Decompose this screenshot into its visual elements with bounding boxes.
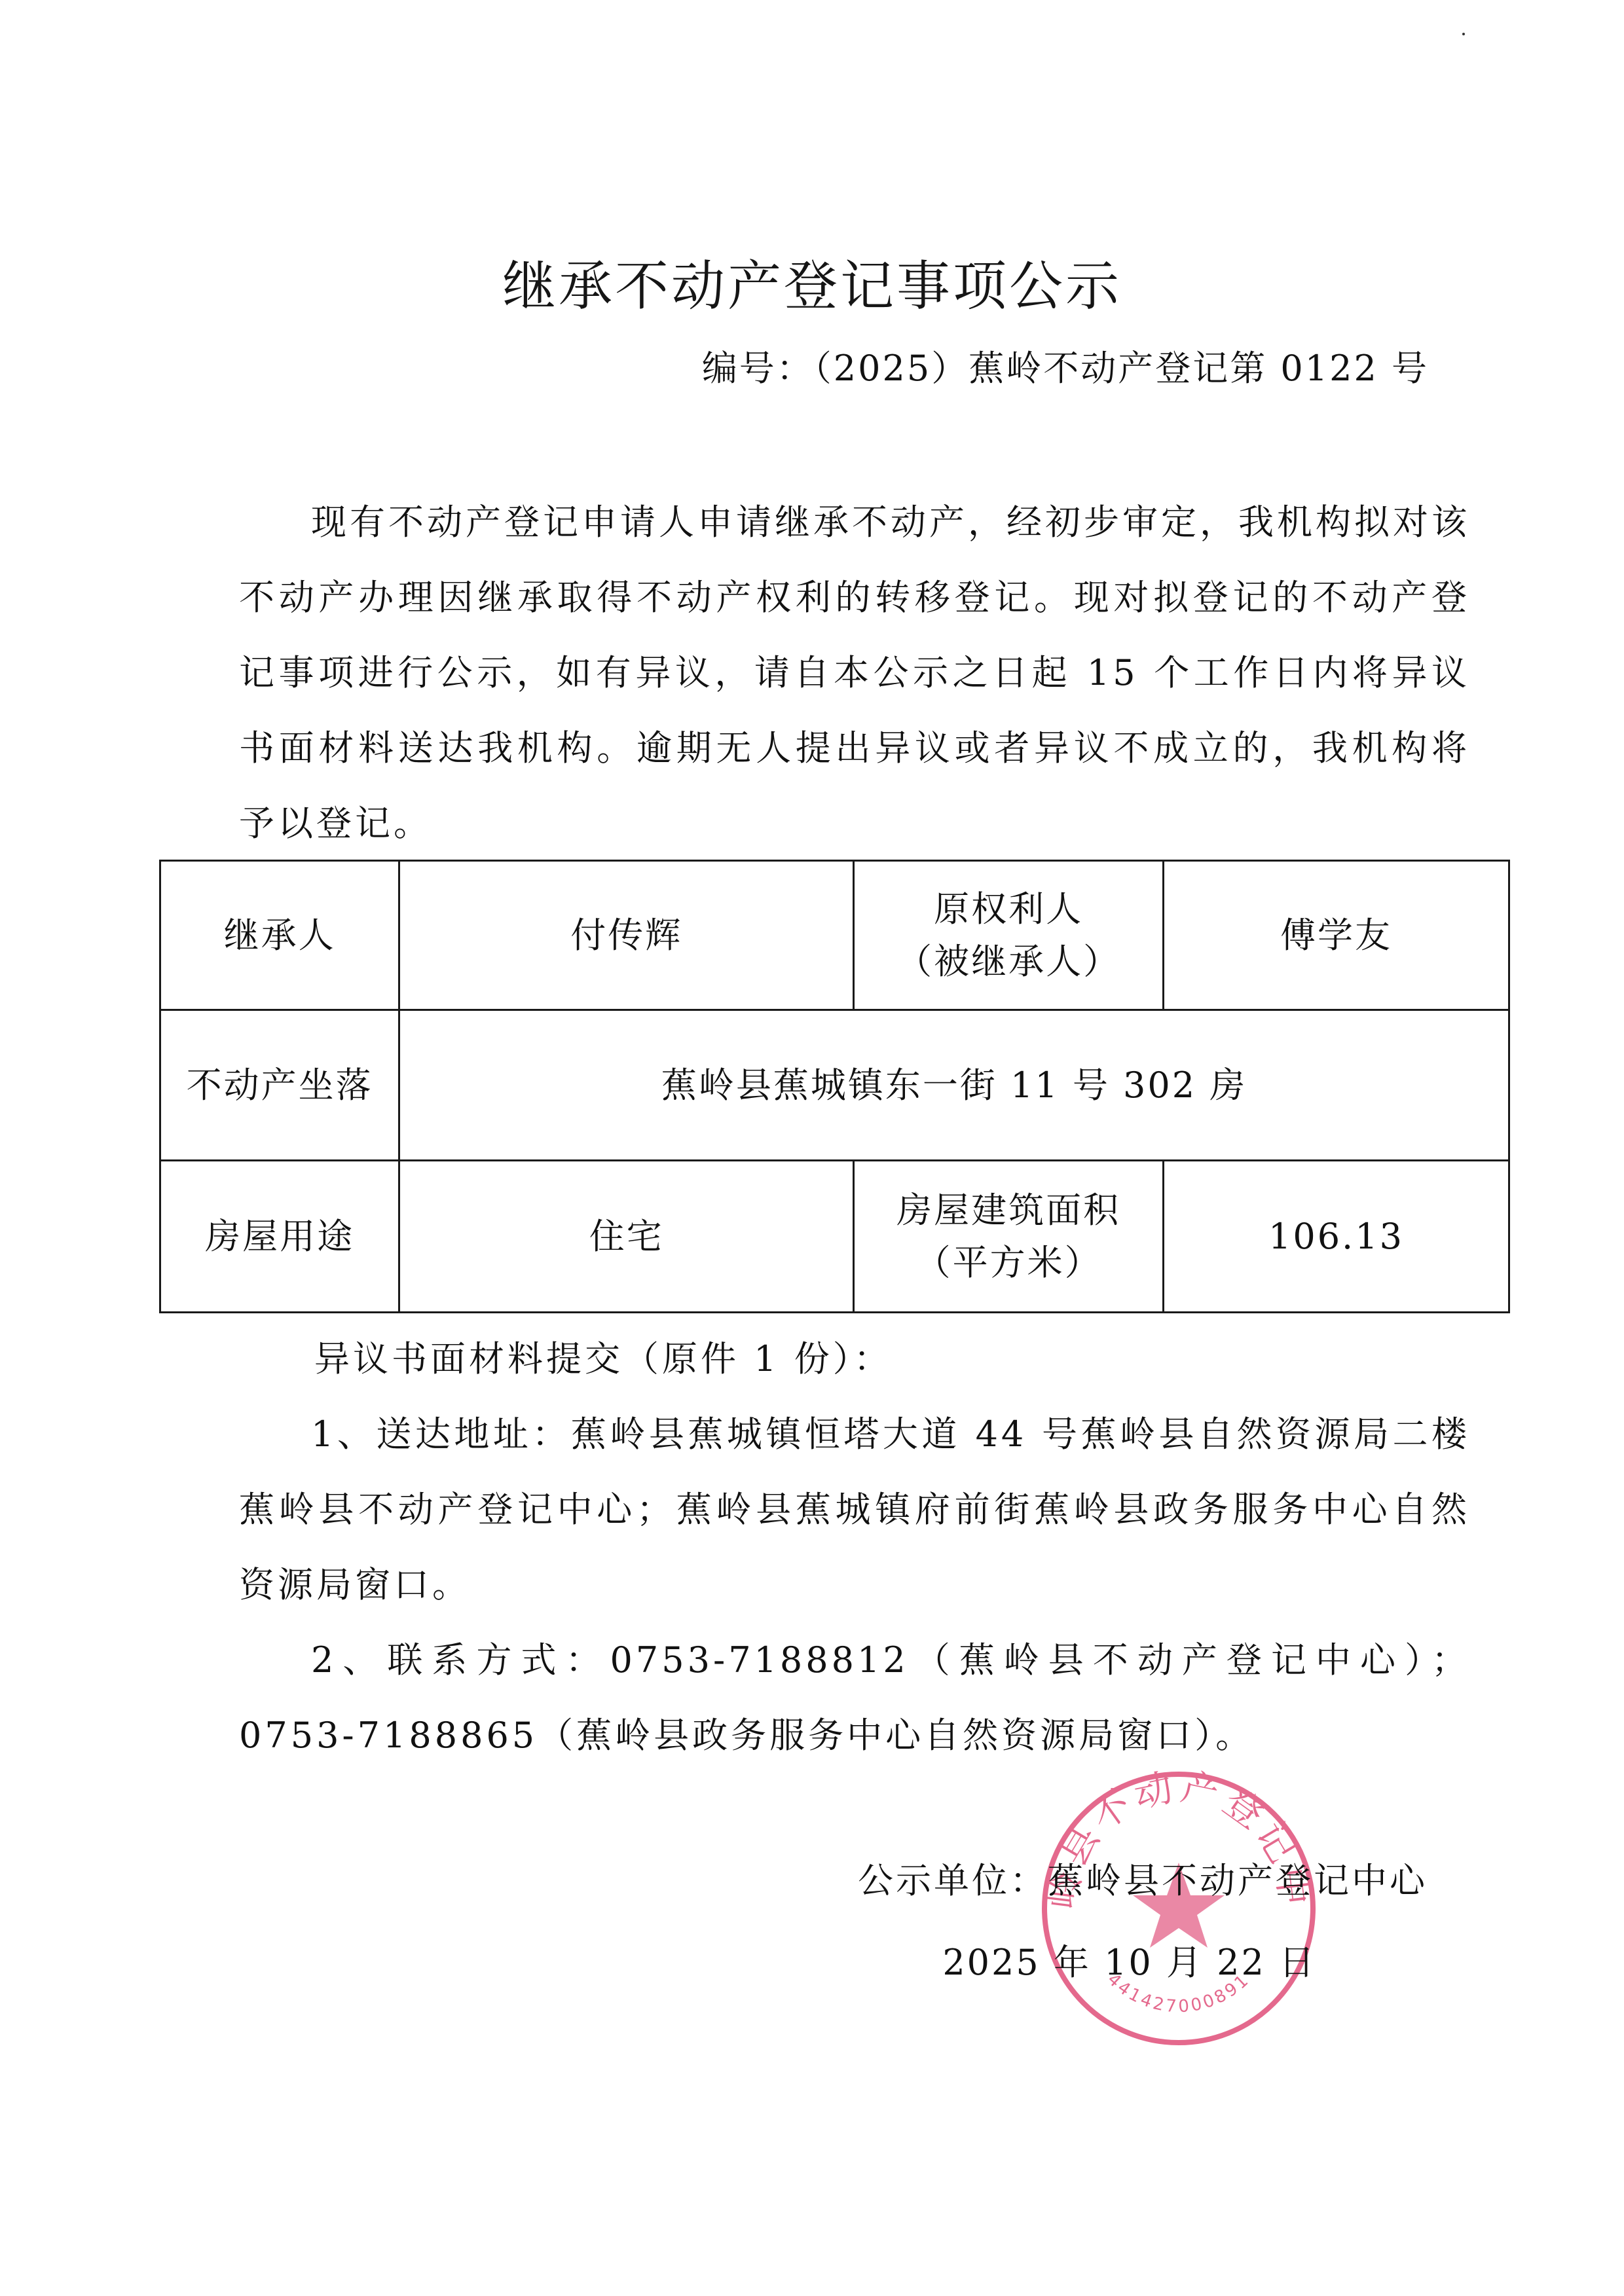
location-label: 不动产坐落 [160, 1010, 399, 1161]
delivery-address-item: 1、送达地址：蕉岭县蕉城镇恒塔大道 44 号蕉岭县自然资源局二楼蕉岭县不动产登记… [239, 1396, 1470, 1622]
document-page: 继承不动产登记事项公示 编号：（2025）蕉岭不动产登记第 0122 号 现有不… [0, 0, 1624, 2296]
usage-label: 房屋用途 [160, 1161, 399, 1313]
intro-paragraph: 现有不动产登记申请人申请继承不动产，经初步审定，我机构拟对该不动产办理因继承取得… [239, 484, 1470, 861]
usage-value: 住宅 [399, 1161, 854, 1313]
original-owner-label-line2: （被继承人） [855, 936, 1162, 988]
property-info-table: 继承人 付传辉 原权利人 （被继承人） 傅学友 不动产坐落 蕉岭县蕉城镇东一街 … [159, 860, 1510, 1313]
publishing-unit: 公示单位：蕉岭县不动产登记中心 [858, 1853, 1428, 1903]
document-title: 继承不动产登记事项公示 [0, 244, 1624, 320]
scan-speck [1462, 33, 1465, 35]
original-owner-label-line1: 原权利人 [855, 883, 1162, 936]
publish-date: 2025 年 10 月 22 日 [942, 1935, 1316, 1985]
area-label-line1: 房屋建筑面积 [855, 1184, 1162, 1237]
original-owner-value: 傅学友 [1163, 861, 1509, 1010]
table-row: 房屋用途 住宅 房屋建筑面积 （平方米） 106.13 [160, 1161, 1509, 1313]
contact-item: 2、联系方式：0753-7188812（蕉岭县不动产登记中心）；0753-718… [239, 1622, 1470, 1773]
heir-value: 付传辉 [399, 861, 854, 1010]
objection-heading: 异议书面材料提交（原件 1 份）： [314, 1321, 1545, 1396]
location-value: 蕉岭县蕉城镇东一街 11 号 302 房 [399, 1010, 1509, 1161]
official-seal-icon: 蕉岭县不动产登记中心 441427000891 [1035, 1764, 1323, 2052]
heir-label: 继承人 [160, 861, 399, 1010]
area-label-line2: （平方米） [855, 1237, 1162, 1289]
document-number: 编号：（2025）蕉岭不动产登记第 0122 号 [702, 340, 1429, 391]
area-value: 106.13 [1163, 1161, 1509, 1313]
table-row: 继承人 付传辉 原权利人 （被继承人） 傅学友 [160, 861, 1509, 1010]
area-label: 房屋建筑面积 （平方米） [854, 1161, 1164, 1313]
table-row: 不动产坐落 蕉岭县蕉城镇东一街 11 号 302 房 [160, 1010, 1509, 1161]
original-owner-label: 原权利人 （被继承人） [854, 861, 1164, 1010]
